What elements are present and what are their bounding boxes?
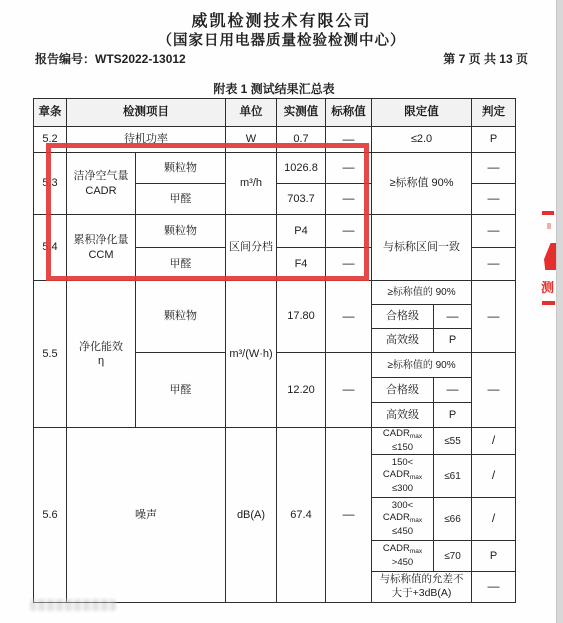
cell-nominal: — — [326, 153, 372, 184]
cell-item: 待机功率 — [67, 127, 226, 153]
cell-measured: 1026.8 — [277, 153, 326, 184]
cell-verdict: — — [472, 248, 516, 281]
cell-section: 5.2 — [34, 127, 67, 153]
row-ccm-particulate: 5.4 累积净化量 CCM 颗粒物 区间分档 P4 — 与标称区间一致 — — [34, 215, 516, 248]
col-header-verdict: 判定 — [472, 99, 516, 127]
watermark-smudge — [30, 599, 116, 611]
report-meta-row: 报告编号：WTS2022-13012 第 7 页 共 13 页 — [35, 50, 528, 67]
stamp-fragment-dot — [547, 223, 551, 229]
test-results-table: 章条 检测项目 单位 实测值 标称值 限定值 判定 5.2 待机功率 W 0.7… — [33, 98, 516, 603]
cell-section: 5.5 — [34, 281, 67, 428]
item-symbol: η — [68, 354, 134, 368]
cell-item: 净化能效 η — [67, 281, 136, 428]
cell-item: 噪声 — [67, 428, 226, 603]
cell-measured: 703.7 — [277, 184, 326, 215]
stamp-fragment-dash — [542, 211, 554, 215]
cell-item: 累积净化量 CCM — [67, 215, 136, 281]
cell-section: 5.4 — [34, 215, 67, 281]
cell-band-verdict: / — [472, 455, 516, 498]
table-caption: 附表 1 测试结果汇总表 — [33, 80, 515, 97]
report-page: 威凯检测技术有限公司 （国家日用电器质量检验检测中心） 报告编号：WTS2022… — [0, 0, 563, 623]
company-title: 威凯检测技术有限公司 — [0, 8, 563, 31]
cell-limit-threshold: ≥标称值的 90% — [372, 281, 472, 305]
cell-band-verdict: P — [472, 541, 516, 572]
band-cadr-label: CADRmax — [373, 543, 432, 556]
cell-grade-value: P — [434, 403, 472, 428]
cell-band-condition: 150< CADRmax ≤300 — [372, 455, 434, 498]
row-efficiency-pm-threshold: 5.5 净化能效 η 颗粒物 m³/(W·h) 17.80 — ≥标称值的 90… — [34, 281, 516, 305]
col-header-limit: 限定值 — [372, 99, 472, 127]
cell-nominal: — — [326, 281, 372, 353]
cell-nominal: — — [326, 215, 372, 248]
cell-unit: m³/(W·h) — [226, 281, 277, 428]
item-abbr: CCM — [68, 248, 134, 262]
cell-tolerance: 与标称值的允差不 大于+3dB(A) — [372, 572, 472, 603]
cell-nominal: — — [326, 428, 372, 603]
cell-nominal: — — [326, 127, 372, 153]
cell-grade-label: 合格级 — [372, 378, 434, 403]
band-lower-bound: 300< — [373, 500, 432, 512]
col-header-item: 检测项目 — [67, 99, 226, 127]
col-header-nominal: 标称值 — [326, 99, 372, 127]
row-noise-band-1: 5.6 噪声 dB(A) 67.4 — CADRmax ≤150 ≤55 / — [34, 428, 516, 455]
item-name: 净化能效 — [68, 340, 134, 354]
cell-grade-label: 高效级 — [372, 329, 434, 353]
cell-limit: 与标称区间一致 — [372, 215, 472, 281]
cell-section: 5.6 — [34, 428, 67, 603]
cell-nominal: — — [326, 184, 372, 215]
cell-nominal: — — [326, 248, 372, 281]
cell-band-condition: 300< CADRmax ≤450 — [372, 498, 434, 541]
cell-unit: m³/h — [226, 153, 277, 215]
table-header-row: 章条 检测项目 单位 实测值 标称值 限定值 判定 — [34, 99, 516, 127]
cell-verdict: — — [472, 353, 516, 428]
band-cadr-label: CADRmax — [373, 469, 432, 482]
cell-measured: 67.4 — [277, 428, 326, 603]
col-header-unit: 单位 — [226, 99, 277, 127]
row-cadr-particulate: 5.3 洁净空气量 CADR 颗粒物 m³/h 1026.8 — ≥标称值 90… — [34, 153, 516, 184]
cell-subitem: 甲醛 — [136, 248, 226, 281]
band-cadr-label: CADRmax — [373, 512, 432, 525]
cell-grade-label: 合格级 — [372, 305, 434, 329]
cell-measured: 0.7 — [277, 127, 326, 153]
cell-limit: ≥标称值 90% — [372, 153, 472, 215]
cell-grade-value: — — [434, 305, 472, 329]
cell-item: 洁净空气量 CADR — [67, 153, 136, 215]
stamp-fragment-dash — [542, 301, 555, 305]
cell-verdict: — — [472, 153, 516, 184]
item-name: 累积净化量 — [68, 233, 134, 247]
cell-verdict: — — [472, 215, 516, 248]
cell-unit: dB(A) — [226, 428, 277, 603]
cell-verdict: — — [472, 281, 516, 353]
cell-verdict: P — [472, 127, 516, 153]
band-range: ≤150 — [373, 442, 432, 454]
cell-unit: 区间分档 — [226, 215, 277, 281]
page-indicator: 第 7 页 共 13 页 — [443, 50, 528, 67]
report-number: 报告编号：WTS2022-13012 — [35, 50, 186, 67]
cell-band-limit: ≤70 — [434, 541, 472, 572]
band-range: ≤450 — [373, 526, 432, 538]
cell-nominal: — — [326, 353, 372, 428]
cell-subitem: 颗粒物 — [136, 153, 226, 184]
cell-band-limit: ≤66 — [434, 498, 472, 541]
cell-measured: 17.80 — [277, 281, 326, 353]
cell-limit: ≤2.0 — [372, 127, 472, 153]
item-abbr: CADR — [68, 184, 134, 198]
cell-unit: W — [226, 127, 277, 153]
cell-grade-value: P — [434, 329, 472, 353]
cell-subitem: 甲醛 — [136, 184, 226, 215]
cell-band-condition: CADRmax ≤150 — [372, 428, 434, 455]
cell-subitem: 甲醛 — [136, 353, 226, 428]
cell-band-condition: CADRmax >450 — [372, 541, 434, 572]
band-lower-bound: 150< — [373, 457, 432, 469]
cell-grade-label: 高效级 — [372, 403, 434, 428]
cell-band-limit: ≤55 — [434, 428, 472, 455]
center-subtitle: （国家日用电器质量检验检测中心） — [0, 29, 563, 50]
cell-tolerance-verdict: — — [472, 572, 516, 603]
row-standby-power: 5.2 待机功率 W 0.7 — ≤2.0 P — [34, 127, 516, 153]
cell-band-verdict: / — [472, 498, 516, 541]
stamp-fragment-character: 测 — [541, 281, 554, 295]
col-header-measured: 实测值 — [277, 99, 326, 127]
item-name: 洁净空气量 — [68, 169, 134, 183]
cell-measured: 12.20 — [277, 353, 326, 428]
cell-verdict: — — [472, 184, 516, 215]
scan-edge-strip — [556, 0, 563, 623]
band-range: ≤300 — [373, 483, 432, 495]
col-header-section: 章条 — [34, 99, 67, 127]
cell-measured: F4 — [277, 248, 326, 281]
band-cadr-label: CADRmax — [373, 428, 432, 441]
band-range: >450 — [373, 557, 432, 569]
cell-band-limit: ≤61 — [434, 455, 472, 498]
cell-subitem: 颗粒物 — [136, 281, 226, 353]
cell-limit-threshold: ≥标称值的 90% — [372, 353, 472, 378]
cell-subitem: 颗粒物 — [136, 215, 226, 248]
cell-band-verdict: / — [472, 428, 516, 455]
cell-section: 5.3 — [34, 153, 67, 215]
stamp-fragment-triangle — [544, 243, 556, 270]
cell-measured: P4 — [277, 215, 326, 248]
cell-grade-value: — — [434, 378, 472, 403]
